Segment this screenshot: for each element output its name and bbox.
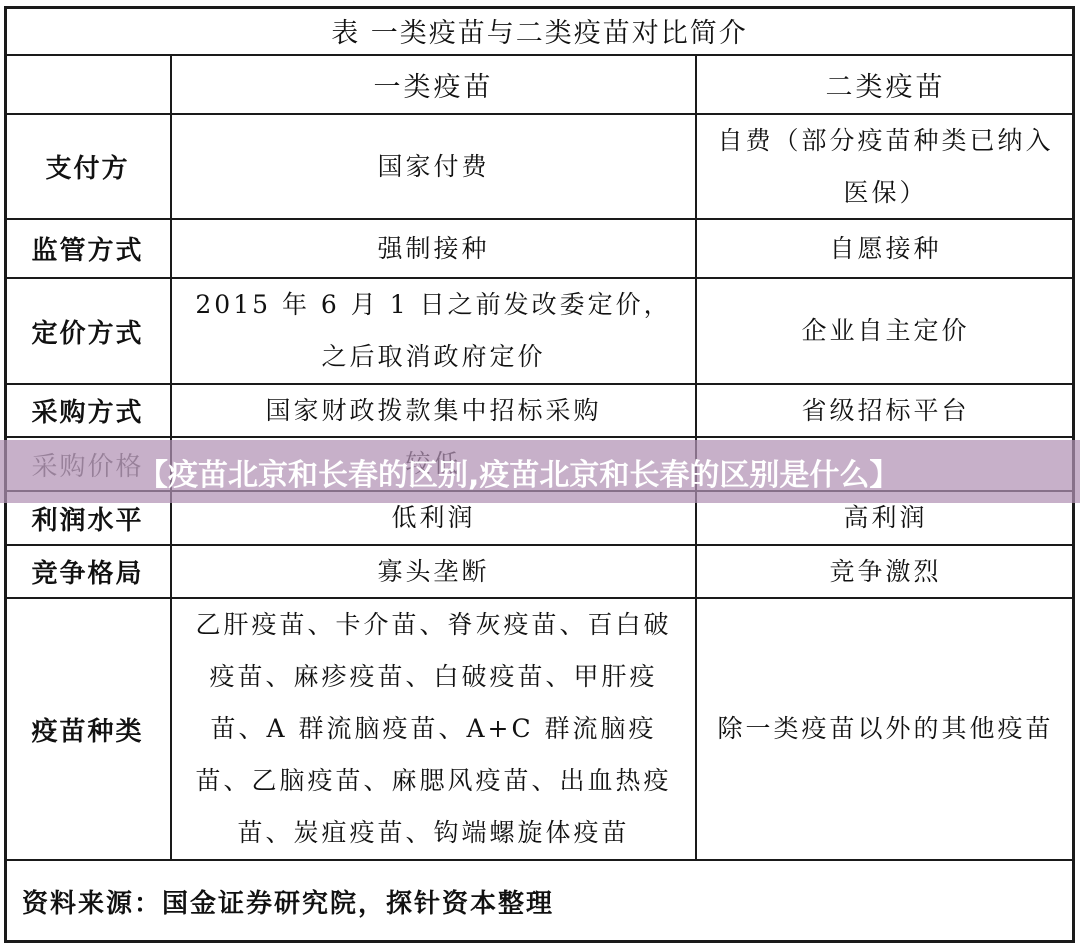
table-cell: 强制接种 — [171, 219, 696, 278]
table-cell: 竞争激烈 — [696, 545, 1075, 598]
table-cell: 除一类疫苗以外的其他疫苗 — [696, 598, 1075, 860]
table-cell: 企业自主定价 — [696, 278, 1075, 384]
table-cell: 自费（部分疫苗种类已纳入医保） — [696, 114, 1075, 219]
table-cell: 国家付费 — [171, 114, 696, 219]
row-label: 定价方式 — [4, 278, 171, 384]
column-header-class2: 二类疫苗 — [696, 55, 1075, 114]
source-note: 资料来源：国金证券研究院，探针资本整理 — [22, 860, 554, 943]
table-cell: 乙肝疫苗、卡介苗、脊灰疫苗、百白破疫苗、麻疹疫苗、白破疫苗、甲肝疫苗、A 群流脑… — [171, 598, 696, 860]
row-label: 监管方式 — [4, 219, 171, 278]
row-label: 支付方 — [4, 114, 171, 219]
table-cell: 寡头垄断 — [171, 545, 696, 598]
table-cell: 省级招标平台 — [696, 384, 1075, 437]
row-label: 疫苗种类 — [4, 598, 171, 860]
row-label: 竞争格局 — [4, 545, 171, 598]
table-title: 表 一类疫苗与二类疫苗对比简介 — [4, 6, 1075, 55]
row-label: 采购方式 — [4, 384, 171, 437]
column-header-class1: 一类疫苗 — [171, 55, 696, 114]
overlay-title: 【疫苗北京和长春的区别,疫苗北京和长春的区别是什么】 — [138, 450, 899, 494]
table-cell: 自愿接种 — [696, 219, 1075, 278]
table-cell: 2015 年 6 月 1 日之前发改委定价，之后取消政府定价 — [171, 278, 696, 384]
title-overlay-banner: 【疫苗北京和长春的区别,疫苗北京和长春的区别是什么】 — [0, 440, 1080, 503]
column-header-empty — [4, 55, 171, 114]
table-cell: 国家财政拨款集中招标采购 — [171, 384, 696, 437]
